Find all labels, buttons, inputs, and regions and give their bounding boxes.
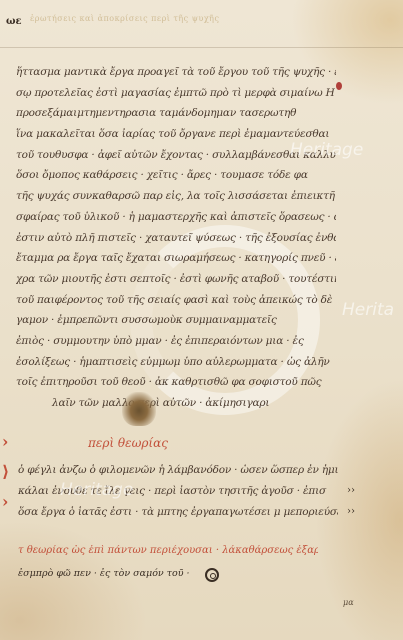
text-line: τοῖς ἐπιτηροῦσι τοῦ θεοῦ · ἀκ καθρτισθῶ … <box>16 372 336 393</box>
main-text-block: ἥττασμα μαντικὰ ἔργα προαγεῖ τὰ τοῦ ἔργο… <box>16 62 336 414</box>
margin-quote-mark: ›› <box>347 506 355 517</box>
text-line: ἵνα μακαλεῖται ὅσα ἰαρίας τοῦ ὄργανε περ… <box>16 124 336 145</box>
catchword: μα <box>343 598 354 607</box>
rubric-line: τ θεωρίας ὡς ἐπὶ πάντων περιέχουσαι · λά… <box>18 545 318 556</box>
text-line: σῳ προτελεῖας ἐστὶ μαγασίας ἐμπτῶ πρὸ τὶ… <box>16 83 336 104</box>
watermark-text: Heritage <box>60 480 133 500</box>
text-line: ἥττασμα μαντικὰ ἔργα προαγεῖ τὰ τοῦ ἔργο… <box>16 62 336 83</box>
text-line: ἐσολίξεως · ἡμαπτισεὶς εὐμμωμ ὑπο αὐλερω… <box>16 352 336 373</box>
section-heading: περὶ θεωρίας <box>88 436 168 450</box>
red-margin-stroke-icon: ⟩ <box>2 462 9 481</box>
text-line: ὁ φέγλι ἀνζω ὁ φιλομενῶν ἡ λάμβανόδον · … <box>18 460 338 481</box>
margin-quote-mark: ›› <box>347 485 355 496</box>
folio-number: ωε <box>6 16 22 27</box>
text-line: τῆς ψυχάς συνκαθαρσῶ παρ εἰς, λα τοῖς λι… <box>16 186 336 207</box>
text-line: προσεξάμαιμτημεντηρασια ταμάνδομημαν τασ… <box>16 103 336 124</box>
red-margin-mark-icon <box>336 82 342 90</box>
text-line: ὅσοι ὄμοπος καθάρσεις · χεῖτις · ἄρες · … <box>16 165 336 186</box>
text-line: ἔταμμα ρα ἔργα ταῖς ἔχαται σιωραμήσεως ·… <box>16 248 336 269</box>
text-line: λαῖν τῶν μαλλο περὶ αὐτῶν · ἀκίμησιγαρι <box>16 393 336 414</box>
text-line: χρα τῶν μιουτῆς ἐστι σεπτοῖς · ἐστὶ φωνῆ… <box>16 269 336 290</box>
watermark-text: Herita <box>342 300 394 320</box>
text-line: σφαίρας τοῦ ὑλικοῦ · ἡ μαμαστερχῆς καὶ ἀ… <box>16 207 336 228</box>
text-line: τοῦ παιφέροντος τοῦ τῆς σειαίς φασὶ καὶ … <box>16 290 336 311</box>
manuscript-page: ἐρωτήσεις καὶ ἀποκρίσεις περὶ τῆς ψυχῆς … <box>0 0 403 640</box>
red-margin-stroke-icon: › <box>2 492 8 511</box>
end-ornament-icon <box>205 568 219 582</box>
text-line: ἐστιν αὐτὸ πλῆ πιστεῖς · χαταυτεῖ ψύσεως… <box>16 228 336 249</box>
text-line: ὅσα ἔργα ὁ ἱατᾶς ἐστι · τὰ μπτης ἐργαπαγ… <box>18 502 338 523</box>
text-line: ἐπιὸς · συμμουτην ὑπὸ μμαν · ἐς ἐπιπεραι… <box>16 331 336 352</box>
faint-header-text: ἐρωτήσεις καὶ ἀποκρίσεις περὶ τῆς ψυχῆς <box>30 14 230 26</box>
header-rule <box>0 47 403 48</box>
text-line: γαμον · ἐμπρεπῶντι συσσωμοὺκ συμμαιναμμα… <box>16 310 336 331</box>
watermark-text: Heritage <box>290 140 363 160</box>
text-line: τοῦ τουθυσφα · ἀφεῖ αὐτῶν ἔχοντας · συλλ… <box>16 145 336 166</box>
closing-line: ἐσμπρὸ φῶ πεν · ἐς τὸν σαμόν τοῦ · <box>18 568 190 579</box>
red-margin-stroke-icon: › <box>2 432 8 451</box>
insect-stain <box>122 392 156 426</box>
